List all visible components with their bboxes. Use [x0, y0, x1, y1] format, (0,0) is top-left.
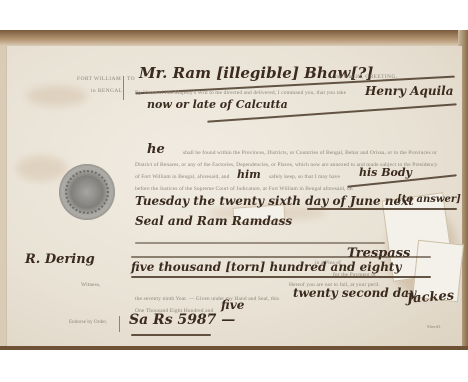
hand-year: five [221, 298, 244, 312]
header-fort-william: FORT WILLIAM [77, 76, 121, 82]
hand-he: he [147, 142, 165, 157]
bracket [119, 316, 120, 332]
rule [131, 256, 431, 258]
rule [135, 242, 385, 244]
hand-plea: Trespass [347, 246, 410, 261]
embossed-seal-icon [59, 164, 115, 220]
printed-endorse: Endorse by Order, [69, 320, 107, 325]
hand-date: Tuesday the twenty sixth day of June nex… [135, 194, 414, 208]
bracket [123, 76, 124, 100]
writ-paper: FORT WILLIAM in BENGAL. TO Mr. Ram [ille… [6, 46, 462, 346]
hand-plaintiffs: Seal and Ram Ramdass [135, 214, 292, 228]
hand-him: him [237, 168, 261, 181]
printed-witness: Witness, [81, 282, 101, 288]
printed-line-5b: safely keep, so that I may have [269, 174, 340, 180]
rule [307, 208, 457, 210]
stain [17, 156, 67, 181]
printed-line-6: before the Justices of the Supreme Court… [135, 186, 353, 192]
rule [131, 276, 431, 278]
printed-sheriff: Sheriff. [427, 324, 441, 329]
printed-greeting: my Bailiff, GREETING. [335, 74, 398, 80]
document-photo: FORT WILLIAM in BENGAL. TO Mr. Ram [ille… [0, 30, 468, 350]
hand-amount: five thousand [torn] hundred and eighty [131, 260, 401, 274]
hand-his-body: his Body [359, 166, 412, 179]
hand-date-day: twenty second day [293, 286, 416, 300]
printed-line-3: shall be found within the Provinces, Dis… [183, 150, 437, 156]
hand-signature: Jackes [407, 288, 455, 306]
printed-to: TO [127, 76, 135, 82]
frame-bottom-edge [0, 346, 468, 350]
hand-now-late: now or late of Calcutta [147, 98, 288, 111]
printed-line-5: of Fort William in Bengal, aforesaid, an… [135, 174, 230, 180]
printed-given: the seventy ninth Year. — Given under my… [135, 296, 279, 302]
hand-to-answer: [to answer] [397, 194, 461, 205]
hand-sum: Sa Rs 5987 — [129, 312, 235, 328]
stain [27, 86, 87, 106]
printed-line-1: By Virtue of His Majesty's Writ to me di… [135, 90, 346, 96]
hand-bailiff-name: Henry Aquila [365, 84, 454, 98]
rule [131, 334, 211, 336]
hand-witness-name: R. Dering [25, 252, 95, 267]
header-bengal: in BENGAL. [91, 88, 124, 94]
